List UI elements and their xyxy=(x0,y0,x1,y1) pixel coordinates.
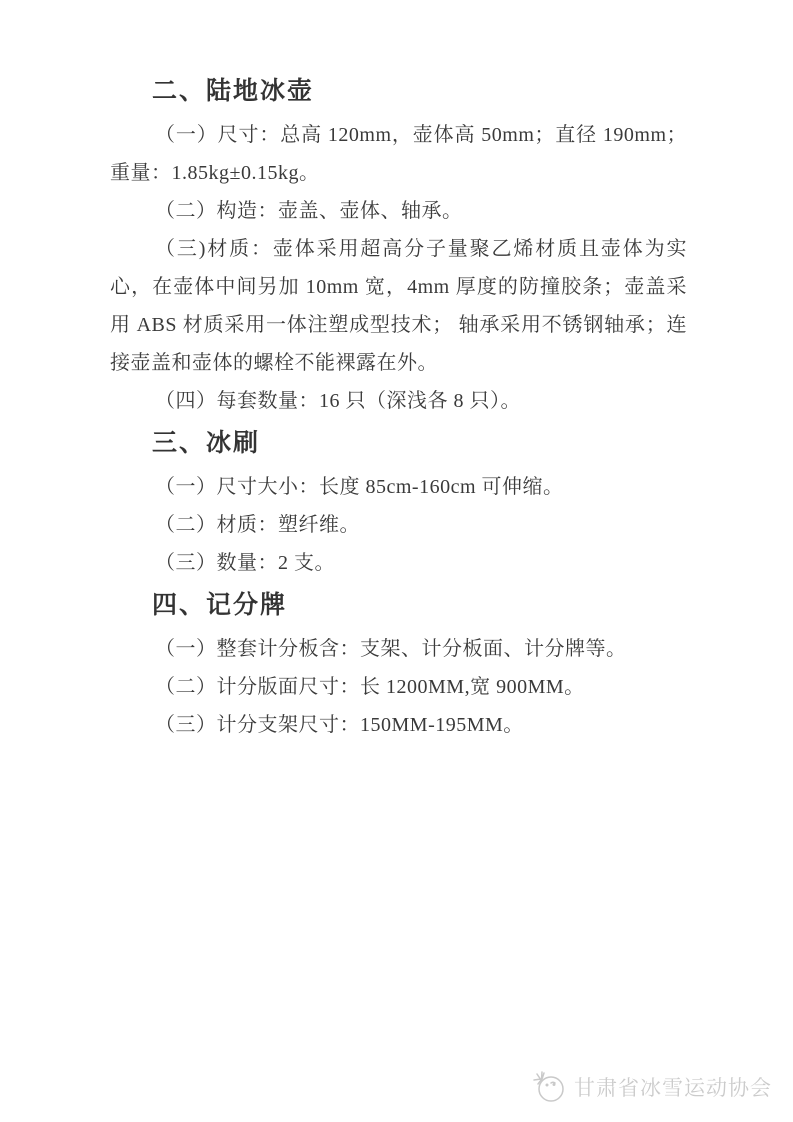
paragraph: （四）每套数量：16 只（深浅各 8 只）。 xyxy=(110,382,687,420)
section-scoreboard: 四、记分牌 （一）整套计分板含：支架、计分板面、计分牌等。 （二）计分版面尺寸：… xyxy=(110,582,687,744)
section-heading: 四、记分牌 xyxy=(110,582,687,630)
paragraph: （一）尺寸：总高 120mm，壶体高 50mm；直径 190mm；重量：1.85… xyxy=(110,116,687,192)
paragraph: （一）尺寸大小：长度 85cm-160cm 可伸缩。 xyxy=(110,468,687,506)
paragraph: （二）材质：塑纤维。 xyxy=(110,506,687,544)
snowflake-mascot-icon xyxy=(527,1066,569,1108)
section-ice-brush: 三、冰刷 （一）尺寸大小：长度 85cm-160cm 可伸缩。 （二）材质：塑纤… xyxy=(110,420,687,582)
document-page: 二、陆地冰壶 （一）尺寸：总高 120mm，壶体高 50mm；直径 190mm；… xyxy=(0,0,793,1122)
paragraph: （一）整套计分板含：支架、计分板面、计分牌等。 xyxy=(110,630,687,668)
section-heading: 三、冰刷 xyxy=(110,420,687,468)
document-content: 二、陆地冰壶 （一）尺寸：总高 120mm，壶体高 50mm；直径 190mm；… xyxy=(0,0,793,744)
paragraph: （三）计分支架尺寸：150MM-195MM。 xyxy=(110,706,687,744)
section-land-curling-stones: 二、陆地冰壶 （一）尺寸：总高 120mm，壶体高 50mm；直径 190mm；… xyxy=(110,68,687,420)
paragraph: （三）数量：2 支。 xyxy=(110,544,687,582)
paragraph: （二）构造：壶盖、壶体、轴承。 xyxy=(110,192,687,230)
section-heading: 二、陆地冰壶 xyxy=(110,68,687,116)
footer-watermark: 甘肃省冰雪运动协会 xyxy=(527,1066,772,1108)
paragraph: （二）计分版面尺寸：长 1200MM,宽 900MM。 xyxy=(110,668,687,706)
watermark-text: 甘肃省冰雪运动协会 xyxy=(574,1072,772,1102)
paragraph: （三)材质：壶体采用超高分子量聚乙烯材质且壶体为实心，在壶体中间另加 10mm … xyxy=(110,230,687,382)
